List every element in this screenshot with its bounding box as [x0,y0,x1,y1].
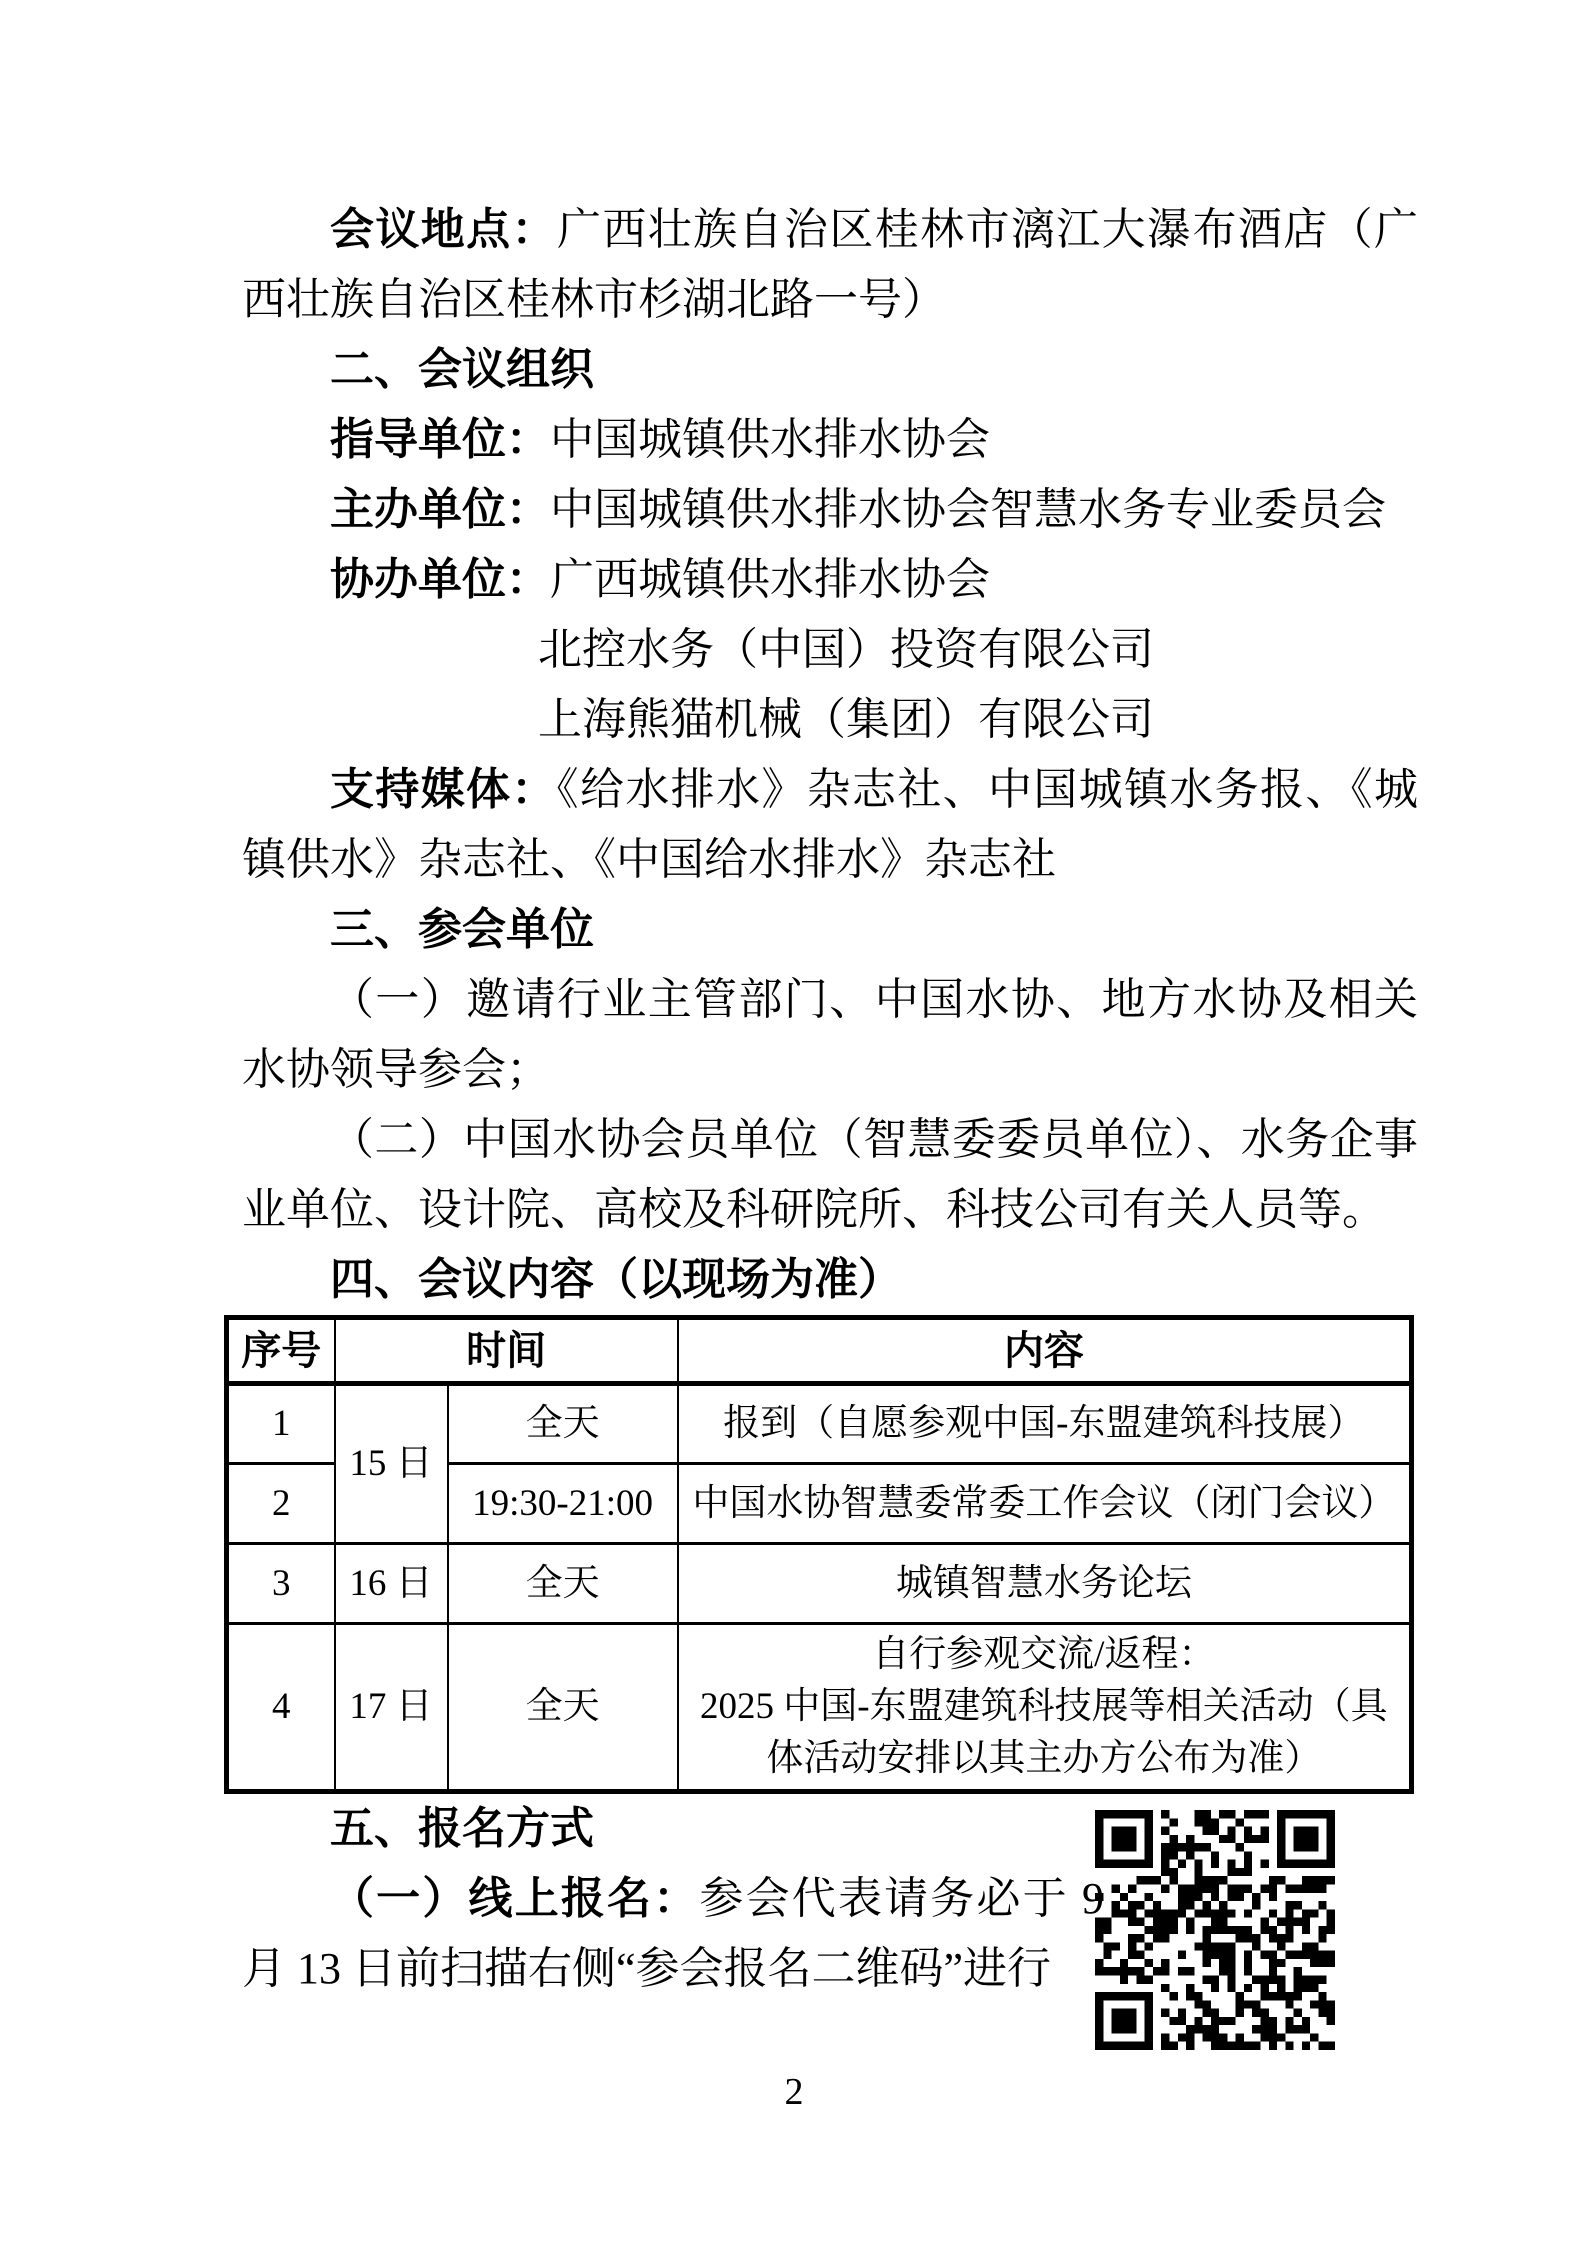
co-organizer-value-1: 广西城镇供水排水协会 [550,555,990,604]
row3-seq: 3 [227,1544,335,1624]
row3-time: 全天 [448,1544,678,1624]
row1-content: 报到（自愿参观中国-东盟建筑科技展） [678,1384,1412,1464]
registration-qr-code [1095,1810,1335,2050]
section4-heading: 四、会议内容（以现场为准） [242,1245,1418,1315]
section3-heading: 三、参会单位 [242,895,1418,965]
document-page: 会议地点：广西壮族自治区桂林市漓江大瀑布酒店（广西壮族自治区桂林市杉湖北路一号）… [0,0,1588,2245]
guide-unit-value: 中国城镇供水排水协会 [550,415,990,464]
schedule-table: 序号 时间 内容 1 15 日 全天 报到（自愿参观中国-东盟建筑科技展） 2 … [224,1315,1414,1794]
section2-heading: 二、会议组织 [242,335,1418,405]
row2-content: 中国水协智慧委常委工作会议（闭门会议） [678,1464,1412,1544]
online-registration-text1: 参会代表请务必于 9 [699,1874,1104,1923]
row4-content-line1: 自行参观交流/返程： [687,1629,1401,1681]
co-organizer-value-3: 上海熊猫机械（集团）有限公司 [242,685,1418,755]
host-unit-label: 主办单位： [330,485,550,534]
host-unit-value: 中国城镇供水排水协会智慧水务专业委员会 [550,485,1386,534]
table-row: 3 16 日 全天 城镇智慧水务论坛 [227,1544,1412,1624]
co-organizer-label: 协办单位： [330,555,550,604]
qr-code-svg [1095,1810,1335,2050]
row1-seq: 1 [227,1384,335,1464]
media-paragraph: 支持媒体：《给水排水》杂志社、中国城镇水务报、《城镇供水》杂志社、《中国给水排水… [242,755,1418,895]
row2-seq: 2 [227,1464,335,1544]
guide-unit-line: 指导单位：中国城镇供水排水协会 [242,405,1418,475]
table-row: 1 15 日 全天 报到（自愿参观中国-东盟建筑科技展） [227,1384,1412,1464]
co-organizer-value-2: 北控水务（中国）投资有限公司 [242,615,1418,685]
row3-content: 城镇智慧水务论坛 [678,1544,1412,1624]
participants-item-1: （一）邀请行业主管部门、中国水协、地方水协及相关水协领导参会； [242,965,1418,1105]
row4-content: 自行参观交流/返程： 2025 中国-东盟建筑科技展等相关活动（具体活动安排以其… [678,1624,1412,1792]
header-content: 内容 [678,1318,1412,1384]
row4-date: 17 日 [335,1624,448,1792]
page-number: 2 [0,2068,1588,2116]
row1-time: 全天 [448,1384,678,1464]
row4-time: 全天 [448,1624,678,1792]
schedule-header-row: 序号 时间 内容 [227,1318,1412,1384]
row4-seq: 4 [227,1624,335,1792]
row2-time: 19:30-21:00 [448,1464,678,1544]
co-organizer-line: 协办单位：广西城镇供水排水协会 [242,545,1418,615]
online-registration-line1: （一）线上报名：参会代表请务必于 9 [242,1864,1104,1934]
guide-unit-label: 指导单位： [330,415,550,464]
header-time: 时间 [335,1318,678,1384]
row3-date: 16 日 [335,1544,448,1624]
participants-item-2: （二）中国水协会员单位（智慧委委员单位）、水务企事业单位、设计院、高校及科研院所… [242,1105,1418,1245]
venue-paragraph: 会议地点：广西壮族自治区桂林市漓江大瀑布酒店（广西壮族自治区桂林市杉湖北路一号） [242,195,1418,335]
table-row: 4 17 日 全天 自行参观交流/返程： 2025 中国-东盟建筑科技展等相关活… [227,1624,1412,1792]
header-seq: 序号 [227,1318,335,1384]
venue-label: 会议地点： [330,205,557,254]
row4-content-line2: 2025 中国-东盟建筑科技展等相关活动（具体活动安排以其主办方公布为准） [687,1681,1401,1785]
host-unit-line: 主办单位：中国城镇供水排水协会智慧水务专业委员会 [242,475,1418,545]
row1-date: 15 日 [335,1384,448,1544]
online-registration-label: （一）线上报名： [330,1874,699,1923]
document-body: 会议地点：广西壮族自治区桂林市漓江大瀑布酒店（广西壮族自治区桂林市杉湖北路一号）… [242,195,1418,2004]
online-registration-line2: 月 13 日前扫描右侧“参会报名二维码”进行 [242,1934,1104,2004]
media-label: 支持媒体： [330,765,557,814]
